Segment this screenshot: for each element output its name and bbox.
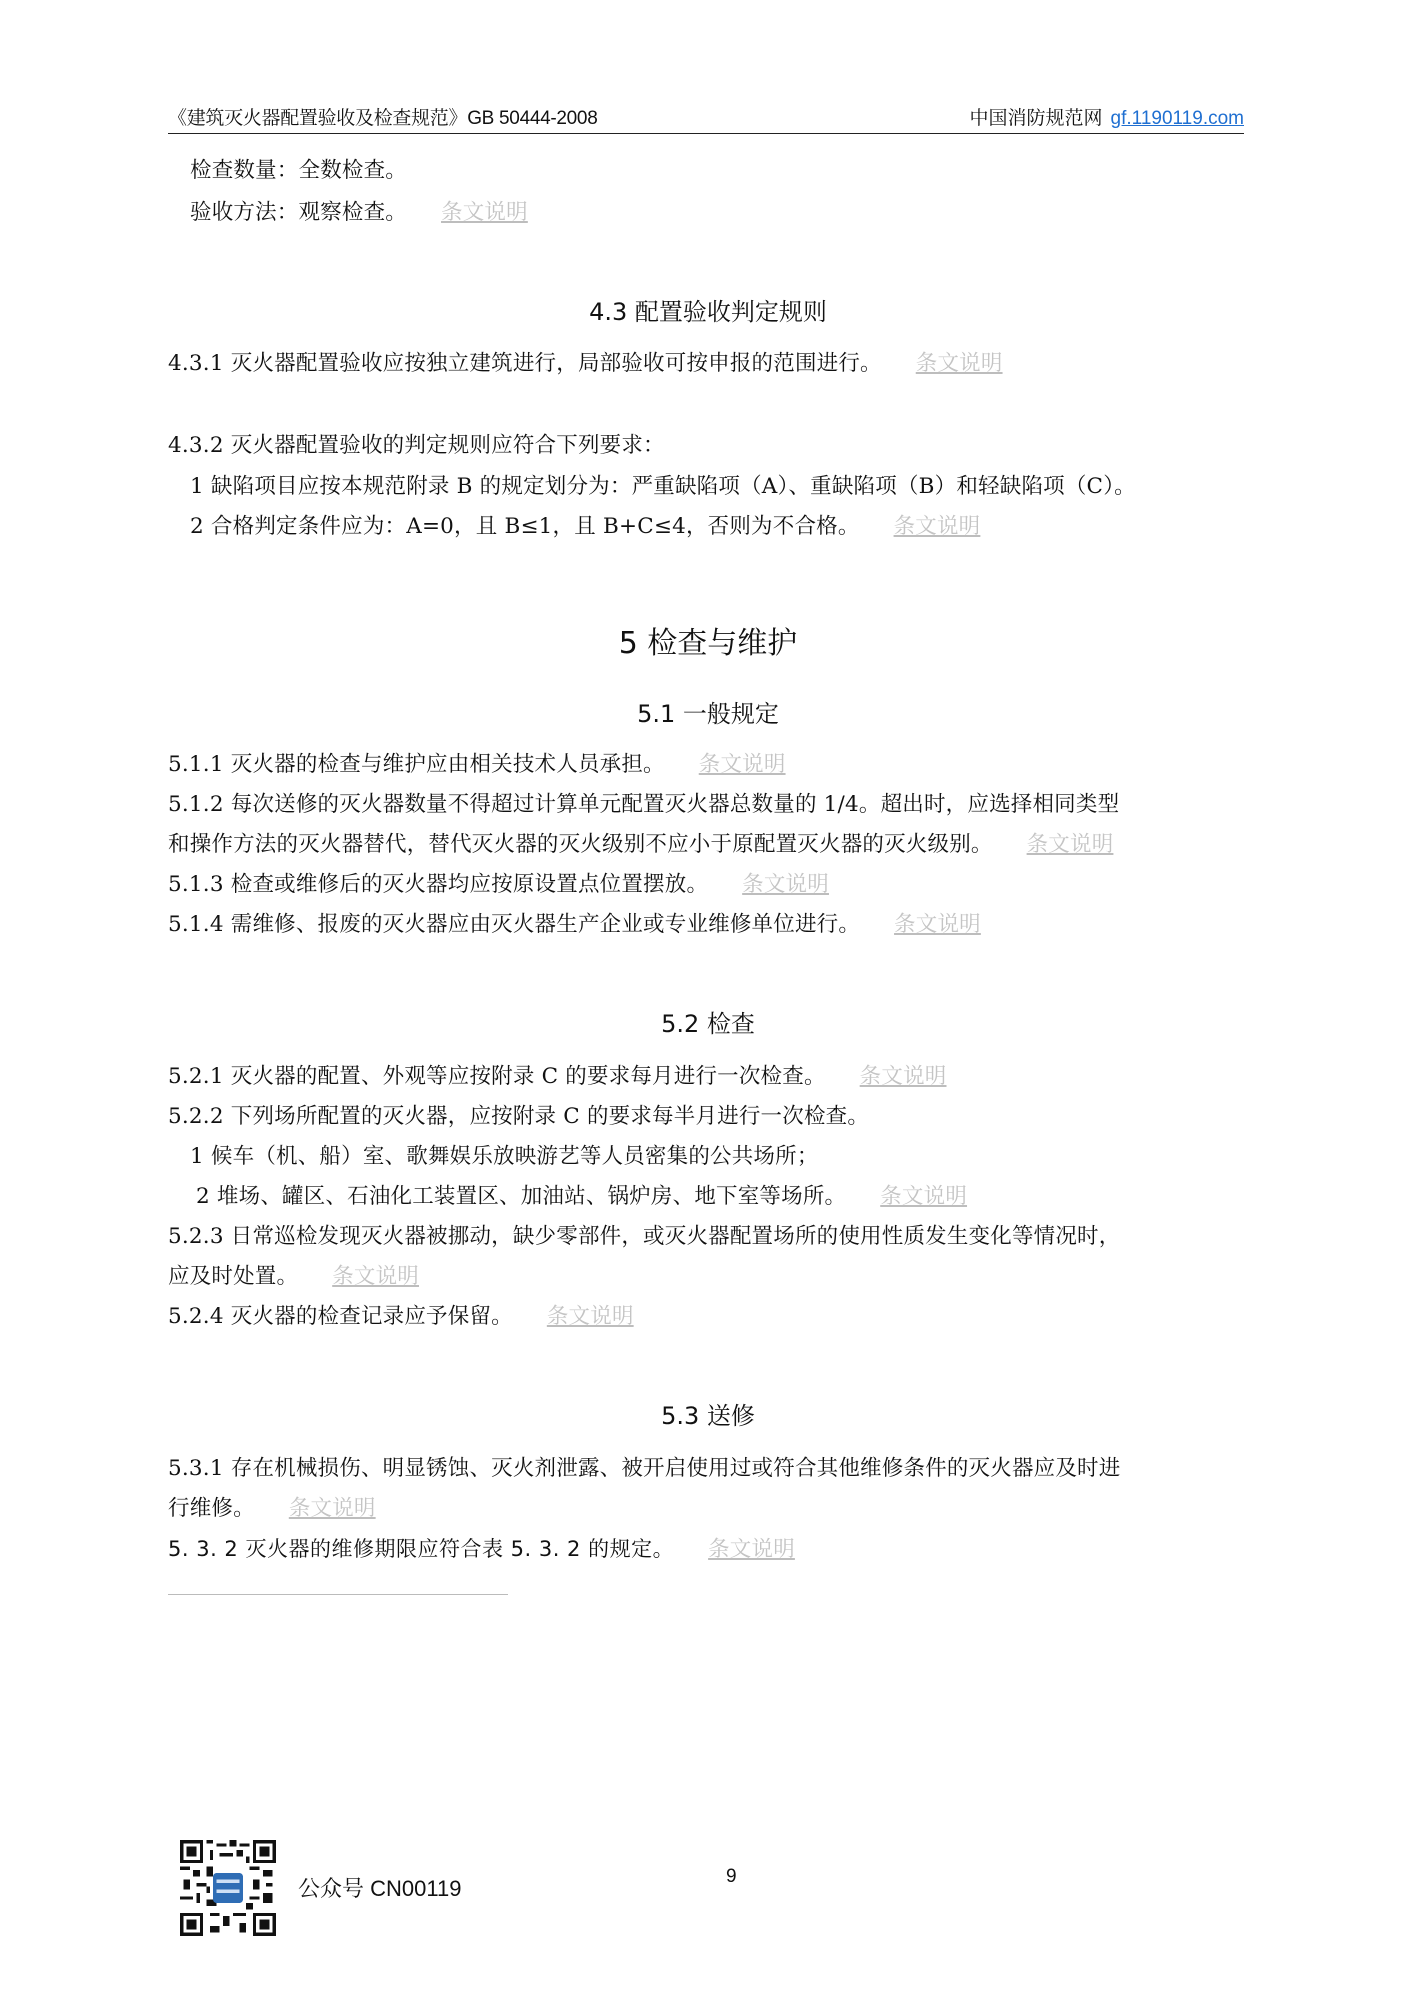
clause-5-2-3-line-1: 5.2.3 日常巡检发现灭火器被挪动，缺少零部件，或灭火器配置场所的使用性质发生… [168, 1222, 1120, 1252]
clause-5-3-1-line-2: 行维修。条文说明 [168, 1494, 376, 1524]
clause-4-3-2: 4.3.2 灭火器配置验收的判定规则应符合下列要求： [168, 431, 665, 461]
section-heading-5-2: 5.2 检查 [0, 1004, 1416, 1039]
clause-5-1-2-line-1: 5.1.2 每次送修的灭火器数量不得超过计算单元配置灭火器总数量的 1/4。超出… [168, 790, 1119, 820]
clause-note-link[interactable]: 条文说明 [1027, 832, 1114, 857]
clause-note-link[interactable]: 条文说明 [894, 912, 981, 937]
clause-5-3-1-line-1: 5.3.1 存在机械损伤、明显锈蚀、灭火剂泄露、被开启使用过或符合其他维修条件的… [168, 1454, 1120, 1484]
clause-text: 行维修。 [168, 1496, 255, 1521]
clause-5-1-2-line-2: 和操作方法的灭火器替代，替代灭火器的灭火级别不应小于原配置灭火器的灭火级别。条文… [168, 830, 1113, 860]
clause-note-link[interactable]: 条文说明 [441, 200, 528, 225]
clause-5-2-1: 5.2.1 灭火器的配置、外观等应按附录 C 的要求每月进行一次检查。条文说明 [168, 1062, 946, 1092]
site-credit: 中国消防规范网gf.1190119.com [970, 103, 1244, 130]
clause-note-link[interactable]: 条文说明 [860, 1064, 947, 1089]
acceptance-method-line: 验收方法：观察检查。条文说明 [190, 198, 528, 228]
section-heading-5-1: 5.1 一般规定 [0, 694, 1416, 729]
clause-text: 5.1.4 需维修、报废的灭火器应由灭火器生产企业或专业维修单位进行。 [168, 912, 860, 937]
chapter-heading-5: 5 检查与维护 [0, 618, 1416, 662]
clause-5-2-3-line-2: 应及时处置。条文说明 [168, 1262, 419, 1292]
clause-note-link[interactable]: 条文说明 [332, 1264, 419, 1289]
page-header: 《建筑灭火器配置验收及检查规范》GB 50444-2008 中国消防规范网gf.… [168, 103, 1244, 134]
clause-text: 5.1.3 检查或维修后的灭火器均应按原设置点位置摆放。 [168, 872, 708, 897]
clause-5-2-4: 5.2.4 灭火器的检查记录应予保留。条文说明 [168, 1302, 634, 1332]
clause-text: 5. 3. 2 灭火器的维修期限应符合表 5. 3. 2 的规定。 [168, 1537, 674, 1561]
document-page: 《建筑灭火器配置验收及检查规范》GB 50444-2008 中国消防规范网gf.… [0, 0, 1416, 2000]
clause-note-link[interactable]: 条文说明 [708, 1537, 795, 1562]
site-name: 中国消防规范网 [970, 108, 1103, 129]
section-heading-4-3: 4.3 配置验收判定规则 [0, 292, 1416, 327]
clause-5-2-2-item-2-line: 2 堆场、罐区、石油化工装置区、加油站、锅炉房、地下室等场所。条文说明 [196, 1182, 967, 1212]
acceptance-method: 验收方法：观察检查。 [190, 200, 407, 225]
clause-text: 和操作方法的灭火器替代，替代灭火器的灭火级别不应小于原配置灭火器的灭火级别。 [168, 832, 993, 857]
clause-5-3-2: 5. 3. 2 灭火器的维修期限应符合表 5. 3. 2 的规定。条文说明 [168, 1534, 795, 1565]
clause-text: 5.2.1 灭火器的配置、外观等应按附录 C 的要求每月进行一次检查。 [168, 1064, 826, 1089]
qr-code-icon [180, 1840, 276, 1936]
check-quantity: 检查数量：全数检查。 [190, 156, 407, 186]
clause-note-link[interactable]: 条文说明 [547, 1304, 634, 1329]
footnote-divider [168, 1594, 508, 1595]
clause-5-1-3: 5.1.3 检查或维修后的灭火器均应按原设置点位置摆放。条文说明 [168, 870, 829, 900]
clause-text: 4.3.1 灭火器配置验收应按独立建筑进行，局部验收可按申报的范围进行。 [168, 351, 882, 376]
clause-5-1-4: 5.1.4 需维修、报废的灭火器应由灭火器生产企业或专业维修单位进行。条文说明 [168, 910, 981, 940]
clause-4-3-2-item-2-line: 2 合格判定条件应为：A=0，且 B≤1，且 B+C≤4，否则为不合格。条文说明 [190, 512, 980, 542]
site-link[interactable]: gf.1190119.com [1111, 108, 1244, 129]
clause-note-link[interactable]: 条文说明 [742, 872, 829, 897]
clause-note-link[interactable]: 条文说明 [289, 1496, 376, 1521]
clause-4-3-2-item-1: 1 缺陷项目应按本规范附录 B 的规定划分为：严重缺陷项（A）、重缺陷项（B）和… [190, 472, 1136, 502]
clause-note-link[interactable]: 条文说明 [699, 752, 786, 777]
section-heading-5-3: 5.3 送修 [0, 1396, 1416, 1431]
clause-note-link[interactable]: 条文说明 [916, 351, 1003, 376]
clause-5-2-2: 5.2.2 下列场所配置的灭火器，应按附录 C 的要求每半月进行一次检查。 [168, 1102, 869, 1132]
clause-text: 2 合格判定条件应为：A=0，且 B≤1，且 B+C≤4，否则为不合格。 [190, 514, 860, 539]
wechat-account-label: 公众号 CN00119 [298, 1872, 461, 1903]
clause-text: 应及时处置。 [168, 1264, 298, 1289]
page-number: 9 [726, 1866, 737, 1888]
clause-text: 5.2.4 灭火器的检查记录应予保留。 [168, 1304, 513, 1329]
document-title: 《建筑灭火器配置验收及检查规范》GB 50444-2008 [168, 103, 597, 130]
clause-5-2-2-item-1: 1 候车（机、船）室、歌舞娱乐放映游艺等人员密集的公共场所； [190, 1142, 819, 1172]
clause-5-1-1: 5.1.1 灭火器的检查与维护应由相关技术人员承担。条文说明 [168, 750, 786, 780]
clause-note-link[interactable]: 条文说明 [880, 1184, 967, 1209]
clause-note-link[interactable]: 条文说明 [894, 514, 981, 539]
clause-text: 2 堆场、罐区、石油化工装置区、加油站、锅炉房、地下室等场所。 [196, 1184, 846, 1209]
clause-4-3-1: 4.3.1 灭火器配置验收应按独立建筑进行，局部验收可按申报的范围进行。条文说明 [168, 349, 1003, 379]
clause-text: 5.1.1 灭火器的检查与维护应由相关技术人员承担。 [168, 752, 665, 777]
